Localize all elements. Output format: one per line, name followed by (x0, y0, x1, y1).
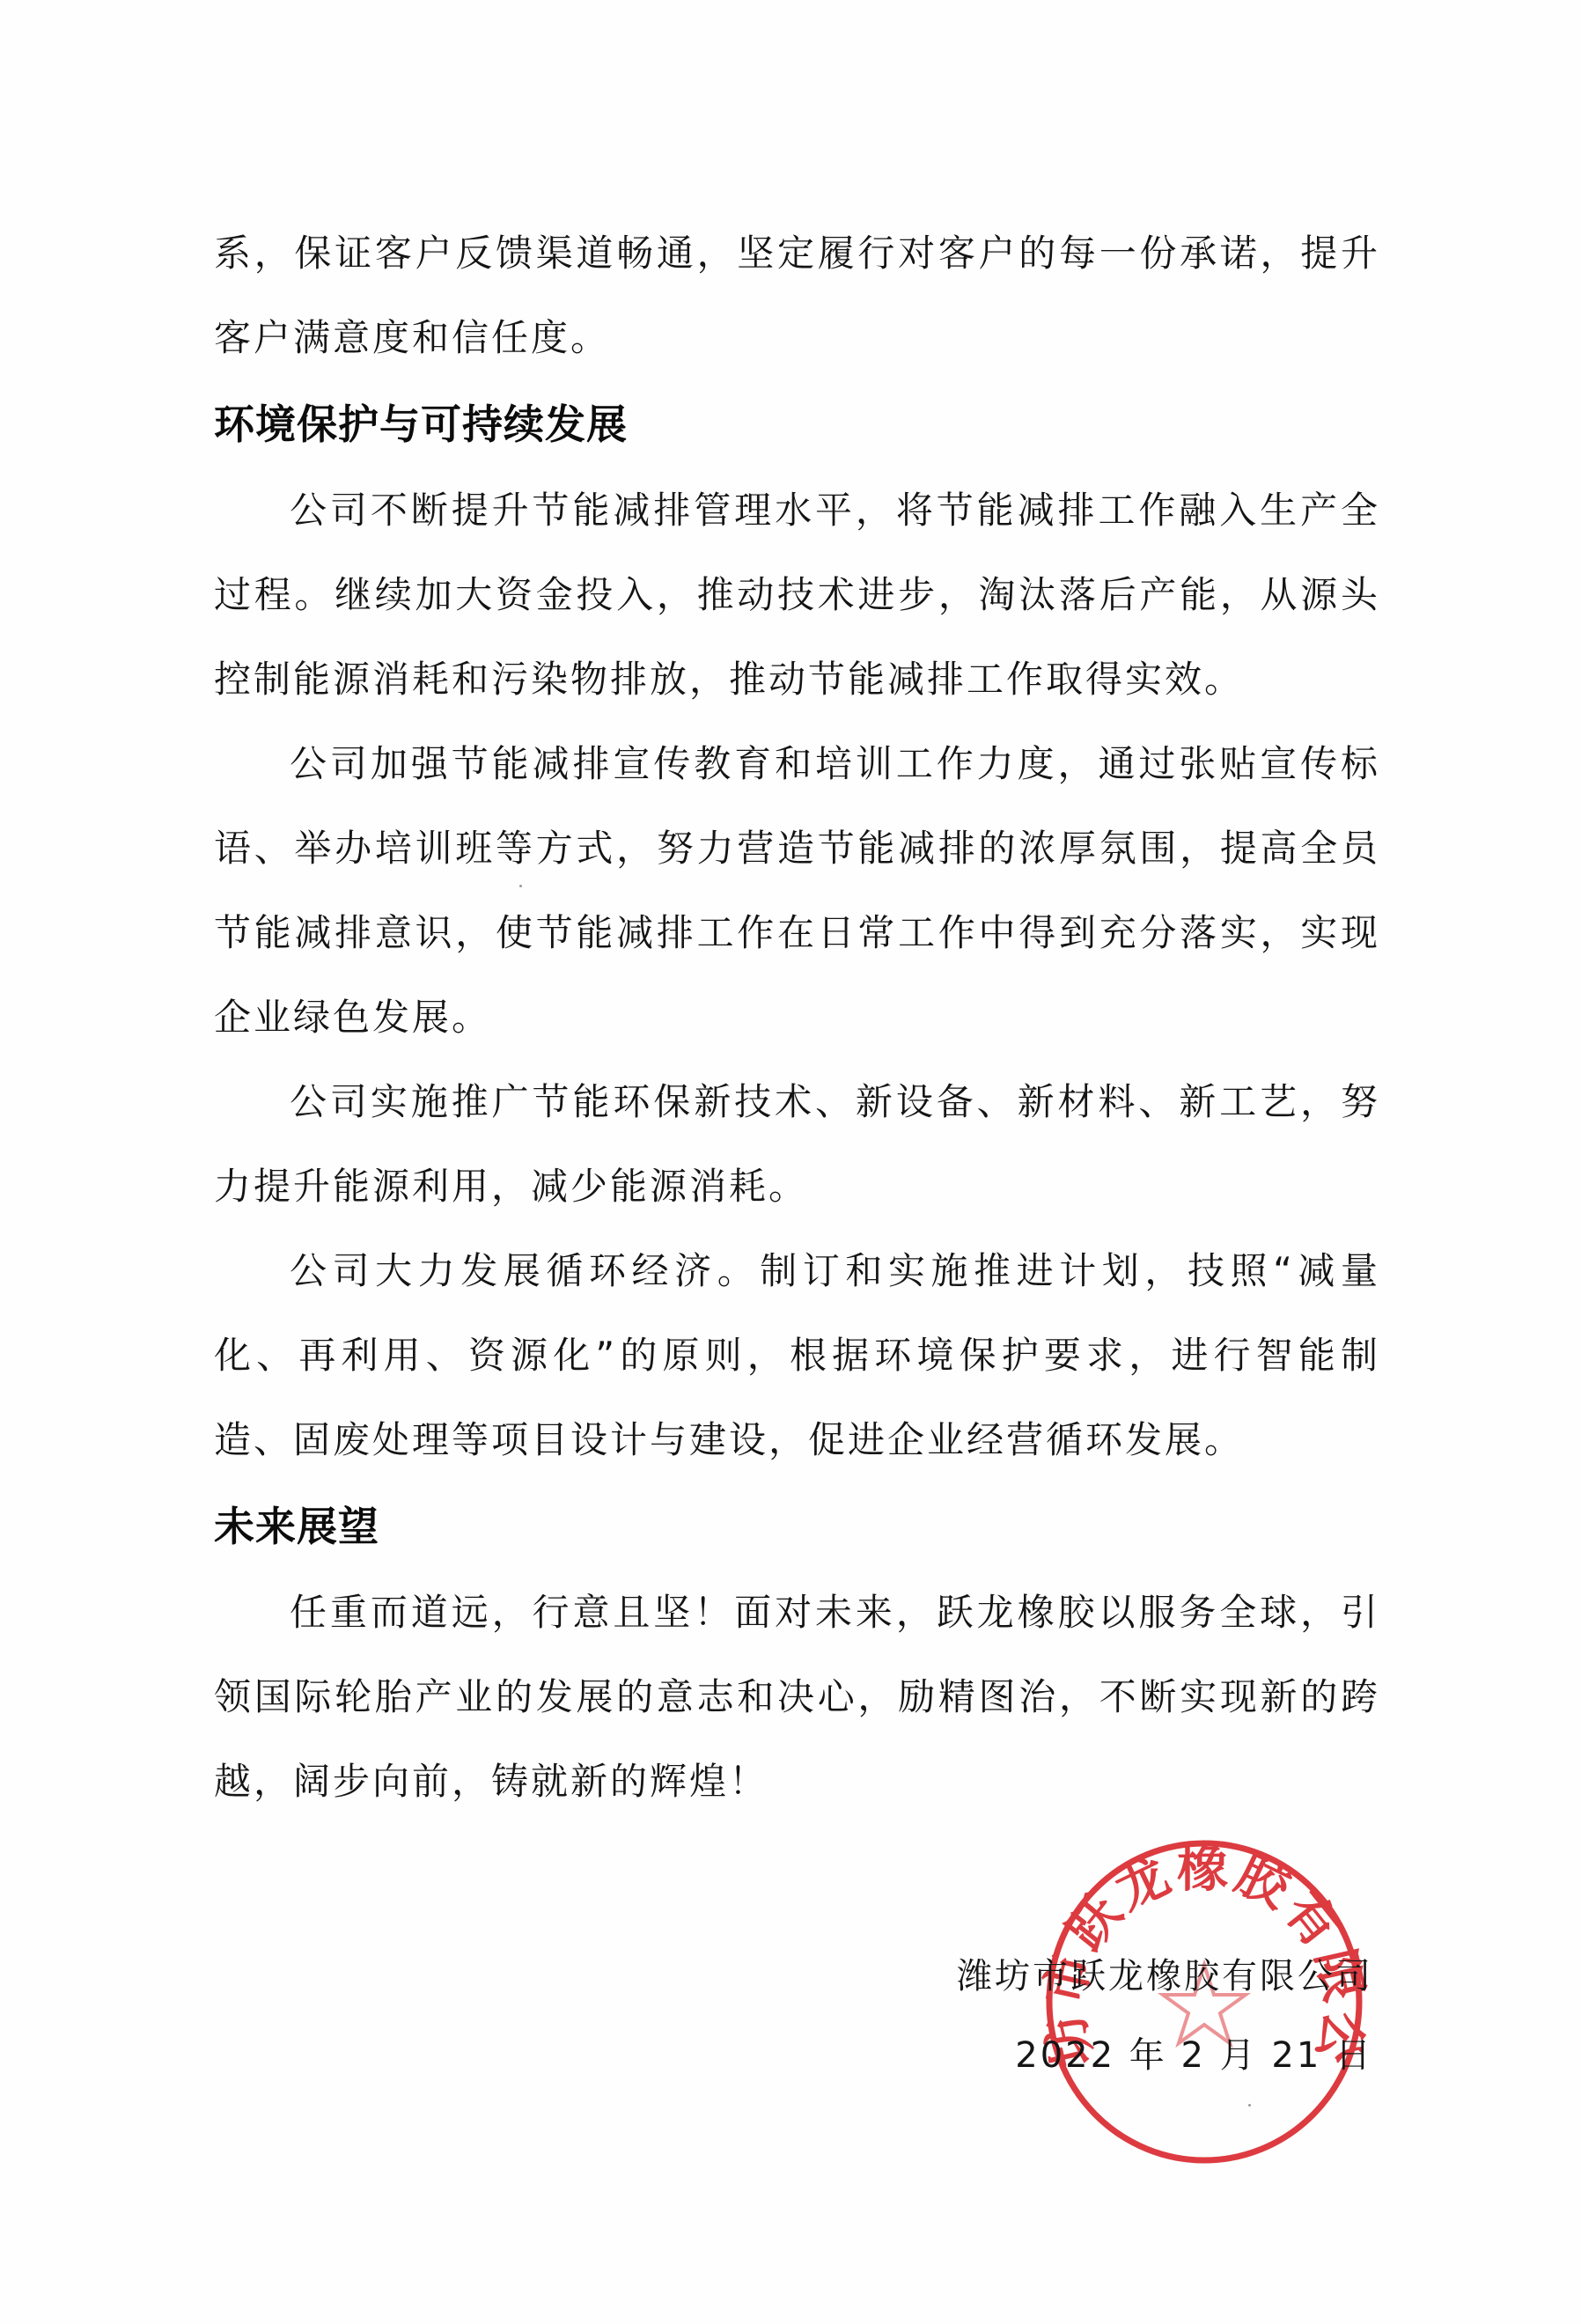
paragraph: 公司不断提升节能减排管理水平，将节能减排工作融入生产全过程。继续加大资金投入，推… (214, 468, 1380, 722)
paragraph: 公司实施推广节能环保新技术、新设备、新材料、新工艺，努力提升能源利用，减少能源消… (214, 1060, 1380, 1229)
opening-paragraph-fragment: 系，保证客户反馈渠道畅通，坚定履行对客户的每一份承诺，提升客户满意度和信任度。 (214, 211, 1380, 380)
scan-speck (519, 885, 522, 887)
scan-speck (1248, 2104, 1251, 2107)
document-page: 系，保证客户反馈渠道畅通，坚定履行对客户的每一份承诺，提升客户满意度和信任度。 … (0, 0, 1581, 2324)
document-body: 系，保证客户反馈渠道畅通，坚定履行对客户的每一份承诺，提升客户满意度和信任度。 … (214, 211, 1380, 1824)
signature-company: 潍坊市跃龙橡胶有限公司 (933, 1937, 1373, 2016)
scan-speck (313, 1342, 315, 1344)
section-heading-future-outlook: 未来展望 (214, 1482, 1380, 1570)
section-environment: 环境保护与可持续发展 公司不断提升节能减排管理水平，将节能减排工作融入生产全过程… (214, 380, 1380, 1482)
section-future-outlook: 未来展望 任重而道远，行意且坚！面对未来，跃龙橡胶以服务全球，引领国际轮胎产业的… (214, 1482, 1380, 1824)
paragraph: 任重而道远，行意且坚！面对未来，跃龙橡胶以服务全球，引领国际轮胎产业的发展的意志… (214, 1570, 1380, 1824)
signature-block: 潍坊市跃龙橡胶有限公司 2022 年 2 月 21 日 (933, 1937, 1373, 2095)
section-heading-environment: 环境保护与可持续发展 (214, 380, 1380, 468)
paragraph: 公司加强节能减排宣传教育和培训工作力度，通过张贴宣传标语、举办培训班等方式，努力… (214, 722, 1380, 1060)
signature-date: 2022 年 2 月 21 日 (933, 2016, 1373, 2095)
paragraph: 公司大力发展循环经济。制订和实施推进计划，技照“减量化、再利用、资源化”的原则，… (214, 1229, 1380, 1482)
